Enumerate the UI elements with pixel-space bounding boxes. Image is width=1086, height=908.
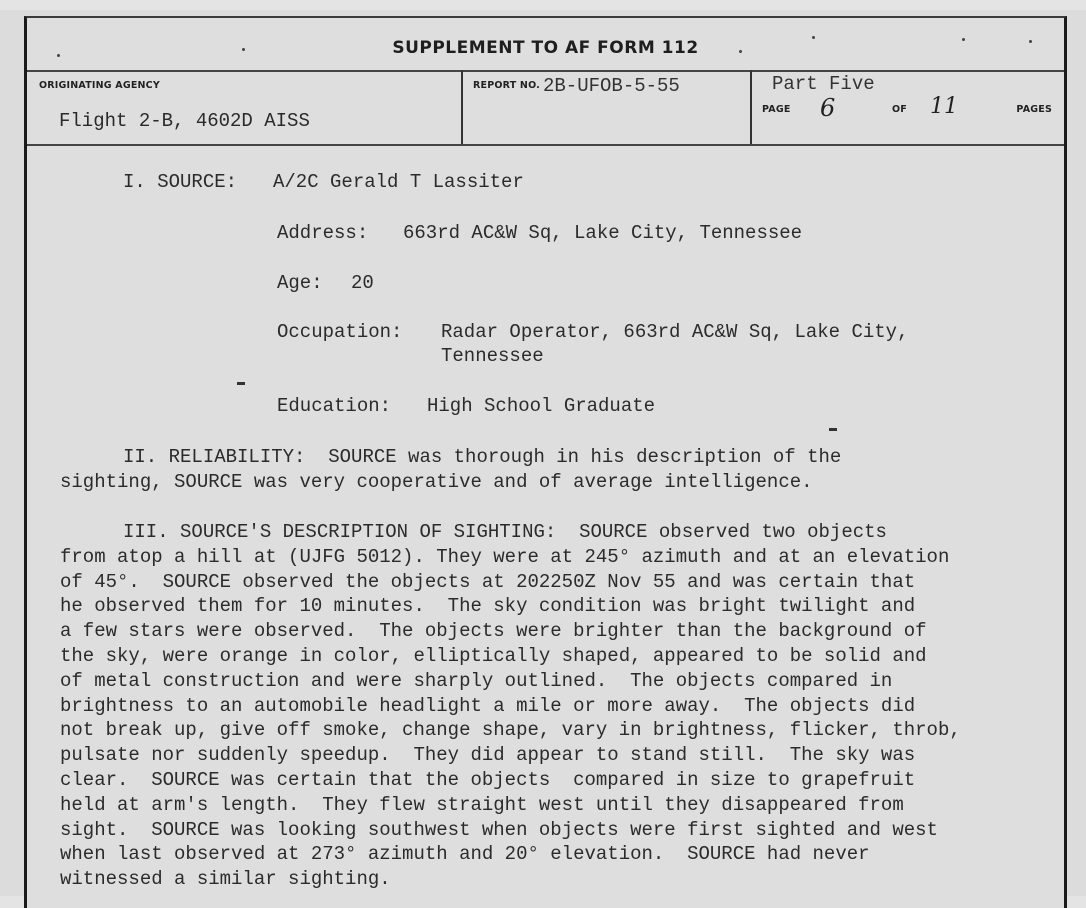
speck [739,50,742,53]
sighting-line: brightness to an automobile headlight a … [60,694,915,719]
address-value: 663rd AC&W Sq, Lake City, Tennessee [403,221,802,246]
speck [1029,40,1032,43]
form-title: SUPPLEMENT TO AF FORM 112 [27,38,1064,58]
sighting-line: the sky, were orange in color, elliptica… [60,644,927,669]
part-value: Part Five [772,73,875,95]
reliability-line: sighting, SOURCE was very cooperative an… [60,470,813,495]
total-pages: 11 [930,94,958,119]
of-label: OF [892,104,907,115]
document-page: SUPPLEMENT TO AF FORM 112 ORIGINATING AG… [0,10,1086,896]
form-header-row: ORIGINATING AGENCY Flight 2-B, 4602D AIS… [27,70,1064,146]
sighting-line: he observed them for 10 minutes. The sky… [60,594,915,619]
part-page-cell: Part Five PAGE 6 OF 11 PAGES [752,70,1064,144]
sighting-line: from atop a hill at (UJFG 5012). They we… [60,545,949,570]
address-label: Address: [277,221,368,246]
report-number-cell: REPORT NO. 2B-UFOB-5-55 [463,70,752,144]
education-value: High School Graduate [427,394,655,419]
report-number-label: REPORT NO. [473,80,540,91]
originating-agency-value: Flight 2-B, 4602D AISS [59,110,310,132]
source-heading: I. SOURCE: [123,170,237,195]
reliability-line: II. RELIABILITY: SOURCE was thorough in … [123,445,841,470]
age-value: 20 [351,271,374,296]
sighting-line: held at arm's length. They flew straight… [60,793,904,818]
sighting-line: a few stars were observed. The objects w… [60,619,927,644]
sighting-line: of 45°. SOURCE observed the objects at 2… [60,570,915,595]
sighting-line: not break up, give off smoke, change sha… [60,718,961,743]
stray-mark [829,428,837,431]
occupation-value-line1: Radar Operator, 663rd AC&W Sq, Lake City… [441,320,908,345]
form-frame: SUPPLEMENT TO AF FORM 112 ORIGINATING AG… [24,16,1067,908]
occupation-label: Occupation: [277,320,402,345]
page-label: PAGE [762,104,791,115]
form-title-row: SUPPLEMENT TO AF FORM 112 [27,18,1064,72]
report-number-value: 2B-UFOB-5-55 [543,75,680,97]
pages-label: PAGES [1016,104,1052,115]
age-label: Age: [277,271,323,296]
sighting-line: III. SOURCE'S DESCRIPTION OF SIGHTING: S… [123,520,887,545]
sighting-line: witnessed a similar sighting. [60,867,391,892]
sighting-line: when last observed at 273° azimuth and 2… [60,842,870,867]
speck [57,54,60,57]
speck [812,36,815,39]
sighting-line: pulsate nor suddenly speedup. They did a… [60,743,915,768]
education-label: Education: [277,394,391,419]
originating-agency-label: ORIGINATING AGENCY [39,80,160,91]
sighting-line: clear. SOURCE was certain that the objec… [60,768,915,793]
source-name: A/2C Gerald T Lassiter [273,170,524,195]
report-body: I. SOURCE: A/2C Gerald T Lassiter Addres… [27,146,1064,865]
sighting-line: of metal construction and were sharply o… [60,669,892,694]
speck [242,48,245,51]
speck [962,38,965,41]
originating-agency-cell: ORIGINATING AGENCY Flight 2-B, 4602D AIS… [27,70,463,144]
occupation-value-line2: Tennessee [441,344,544,369]
sighting-line: sight. SOURCE was looking southwest when… [60,818,938,843]
page-number: 6 [820,94,835,122]
stray-mark [237,382,245,385]
